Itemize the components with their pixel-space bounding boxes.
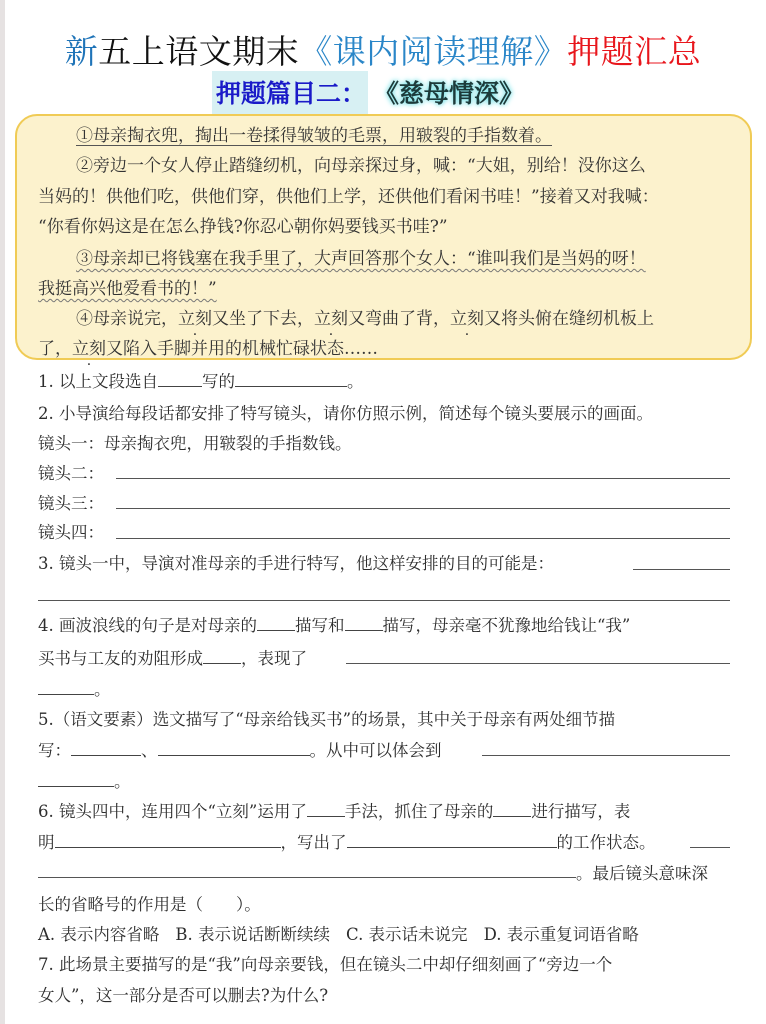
question-6-line-4: 长的省略号的作用是（ ）。 [38, 891, 261, 915]
q6-option-d[interactable]: D. 表示重复词语省略 [484, 925, 639, 944]
passage-paragraph-2-line-3: “你看你妈这是在怎么挣钱?你忍心朝你妈要钱买书哇?” [38, 212, 448, 237]
q4-blank-2[interactable] [345, 616, 383, 631]
passage-p3-line2-wavy: 我挺高兴他爱看书的！” [38, 279, 217, 299]
passage-paragraph-2-line-1: ②旁边一个女人停止踏缝纫机，向母亲探过身，喊：“大姐，别给！没你这么 [38, 151, 646, 176]
q2-shot3-answer-line[interactable] [116, 508, 730, 509]
question-6-line-3: 。最后镜头意味深 [576, 860, 708, 884]
q6-option-c[interactable]: C. 表示话未说完 [346, 925, 468, 944]
q2-example-text: 镜头一：母亲掏衣兜，用皲裂的手指数钱。 [38, 434, 352, 453]
q6-option-a[interactable]: A. 表示内容省略 [38, 925, 159, 944]
emphasis-like-2: 立刻 [314, 309, 348, 329]
q1-text: 。 [347, 372, 364, 391]
subtitle-work-title: 《慈母情深》 [374, 79, 524, 108]
question-1: 1. 以上文段选自写的。 [38, 368, 364, 392]
q5-text: 写： [38, 741, 71, 760]
q2-shot2-answer-line[interactable] [116, 478, 730, 479]
question-6: 6. 镜头四中，连用四个“立刻”运用了手法，抓住了母亲的进行描写，表 [38, 798, 630, 822]
question-2: 2. 小导演给每段话都安排了特写镜头，请你仿照示例，简述每个镜头要展示的画面。 [38, 400, 653, 424]
question-7: 7. 此场景主要描写的是“我”向母亲要钱，但在镜头二中却仔细刻画了“旁边一个 [38, 951, 612, 975]
q6-text: 长的省略号的作用是（ ）。 [38, 895, 261, 914]
title-grade-term: 五上语文期末 [98, 32, 299, 71]
q6-text: 的工作状态。 [557, 833, 656, 852]
emphasis-like-3: 立刻 [450, 309, 484, 329]
q5-text: 5.（语文要素）选文描写了“母亲给钱买书”的场景，其中关于母亲有两处细节描 [38, 710, 615, 729]
passage-p4-text: 又陷入手脚并用的机械忙碌状态…… [106, 339, 378, 359]
q5-blank-2[interactable] [158, 741, 310, 756]
passage-paragraph-4-line-2: 了，立刻又陷入手脚并用的机械忙碌状态…… [38, 334, 378, 359]
question-7-line-2: 女人”，这一部分是否可以删去?为什么? [38, 982, 328, 1006]
q7-text: 女人”，这一部分是否可以删去?为什么? [38, 986, 328, 1005]
passage-p4-text: 又坐了下去， [212, 309, 314, 329]
passage-p1-text: ①母亲掏衣兜，掏出一卷揉得皱皱的毛票，用皲裂的手指数着。 [76, 126, 552, 146]
q6-blank-1[interactable] [307, 802, 345, 817]
passage-paragraph-3-line-1: ③母亲却已将钱塞在我手里了，大声回答那个女人：“谁叫我们是当妈的呀！ [38, 244, 646, 269]
passage-p4-text: 又将头俯在缝纫机板上 [484, 309, 654, 329]
q4-text: ，表现了 [241, 649, 307, 668]
q4-text: 买书与工友的劝阻形成 [38, 649, 203, 668]
question-4-line-3: 。 [38, 676, 111, 700]
q2-text: 2. 小导演给每段话都安排了特写镜头，请你仿照示例，简述每个镜头要展示的画面。 [38, 404, 653, 423]
q1-text: 写的 [202, 372, 235, 391]
q1-text: 1. 以上文段选自 [38, 372, 158, 391]
passage-paragraph-3-line-2: 我挺高兴他爱看书的！” [38, 274, 217, 299]
q5-blank-1[interactable] [71, 741, 141, 756]
q5-text: 、 [141, 741, 158, 760]
subtitle-label: 押题篇目二： [212, 71, 368, 116]
question-6-line-2: 明，写出了的工作状态。 [38, 829, 656, 853]
emphasis-like-4: 立刻 [72, 339, 106, 359]
q6-option-b[interactable]: B. 表示说话断断续续 [175, 925, 330, 944]
q4-text: 。 [94, 680, 111, 699]
q5-text: 。从中可以体会到 [310, 741, 442, 760]
question-5: 5.（语文要素）选文描写了“母亲给钱买书”的场景，其中关于母亲有两处细节描 [38, 706, 615, 730]
question-5-line-3: 。 [38, 768, 131, 792]
q2-shot-2: 镜头二： [38, 460, 104, 484]
q6-text: ，写出了 [281, 833, 347, 852]
q6-blank-3[interactable] [55, 833, 281, 848]
q6-text: 。最后镜头意味深 [576, 864, 708, 883]
question-4: 4. 画波浪线的句子是对母亲的描写和描写，母亲毫不犹豫地给钱让“我” [38, 612, 630, 636]
page-title: 新五上语文期末《课内阅读理解》押题汇总 [0, 26, 766, 73]
q6-answer-line-1[interactable] [690, 847, 730, 848]
question-4-line-2: 买书与工友的劝阻形成，表现了 [38, 645, 307, 669]
q2-shot4-label: 镜头四： [38, 523, 104, 542]
q4-text: 描写和 [295, 616, 345, 635]
q5-answer-line-1[interactable] [482, 755, 730, 756]
q6-options: A. 表示内容省略B. 表示说话断断续续C. 表示话未说完D. 表示重复词语省略 [38, 921, 639, 945]
q4-text: 4. 画波浪线的句子是对母亲的 [38, 616, 257, 635]
q4-blank-3[interactable] [203, 649, 241, 664]
q2-example-shot-1: 镜头一：母亲掏衣兜，用皲裂的手指数钱。 [38, 430, 352, 454]
emphasis-likè-1: 立刻 [178, 309, 212, 329]
q4-answer-line-2[interactable] [38, 680, 94, 695]
passage-p2-line3: “你看你妈这是在怎么挣钱?你忍心朝你妈要钱买书哇?” [38, 217, 448, 237]
q5-text: 。 [114, 772, 131, 791]
q6-answer-line-2[interactable] [38, 877, 576, 878]
page-subtitle: 押题篇目二：《慈母情深》 [212, 71, 524, 116]
passage-paragraph-1: ①母亲掏衣兜，掏出一卷揉得皱皱的毛票，用皲裂的手指数着。 [38, 121, 552, 146]
q2-shot-3: 镜头三： [38, 490, 104, 514]
title-new: 新 [65, 32, 99, 71]
q4-answer-line-1[interactable] [346, 663, 730, 664]
question-5-line-2: 写：、。从中可以体会到 [38, 737, 442, 761]
q6-blank-4[interactable] [347, 833, 557, 848]
q6-blank-2[interactable] [493, 802, 531, 817]
passage-p2-line2: 当妈的！供他们吃，供他们穿，供他们上学，还供他们看闲书哇！”接着又对我喊： [38, 187, 659, 207]
q1-author-blank[interactable] [158, 372, 202, 387]
passage-p4-text: 又弯曲了背， [348, 309, 450, 329]
passage-p4-text: 了， [38, 339, 72, 359]
passage-p2-line1: ②旁边一个女人停止踏缝纫机，向母亲探过身，喊：“大姐，别给！没你这么 [76, 156, 646, 176]
q2-shot2-label: 镜头二： [38, 464, 104, 483]
title-reading: 《课内阅读理解》 [299, 32, 567, 71]
passage-p4-text: ④母亲说完， [76, 309, 178, 329]
q2-shot4-answer-line[interactable] [116, 538, 730, 539]
q3-answer-line-2[interactable] [38, 600, 730, 601]
q4-blank-1[interactable] [257, 616, 295, 631]
q3-text: 3. 镜头一中，导演对准母亲的手进行特写，他这样安排的目的可能是： [38, 554, 554, 573]
question-3: 3. 镜头一中，导演对准母亲的手进行特写，他这样安排的目的可能是： [38, 550, 554, 574]
passage-p3-line1-wavy: ③母亲却已将钱塞在我手里了，大声回答那个女人：“谁叫我们是当妈的呀！ [76, 249, 646, 269]
passage-paragraph-2-line-2: 当妈的！供他们吃，供他们穿，供他们上学，还供他们看闲书哇！”接着又对我喊： [38, 182, 659, 207]
title-summary: 押题汇总 [567, 32, 701, 71]
q4-text: 描写，母亲毫不犹豫地给钱让“我” [383, 616, 631, 635]
q1-title-blank[interactable] [235, 372, 347, 387]
q2-shot3-label: 镜头三： [38, 494, 104, 513]
q7-text: 7. 此场景主要描写的是“我”向母亲要钱，但在镜头二中却仔细刻画了“旁边一个 [38, 955, 612, 974]
page-left-edge [0, 0, 5, 1024]
passage-paragraph-4-line-1: ④母亲说完，立刻又坐了下去，立刻又弯曲了背，立刻又将头俯在缝纫机板上 [38, 304, 654, 329]
q6-text: 手法，抓住了母亲的 [345, 802, 494, 821]
q2-shot-4: 镜头四： [38, 519, 104, 543]
q6-text: 6. 镜头四中，连用四个“立刻”运用了 [38, 802, 307, 821]
q3-answer-line-1[interactable] [633, 569, 730, 570]
q5-answer-line-2[interactable] [38, 772, 114, 787]
q6-text: 明 [38, 833, 55, 852]
q6-text: 进行描写，表 [531, 802, 630, 821]
